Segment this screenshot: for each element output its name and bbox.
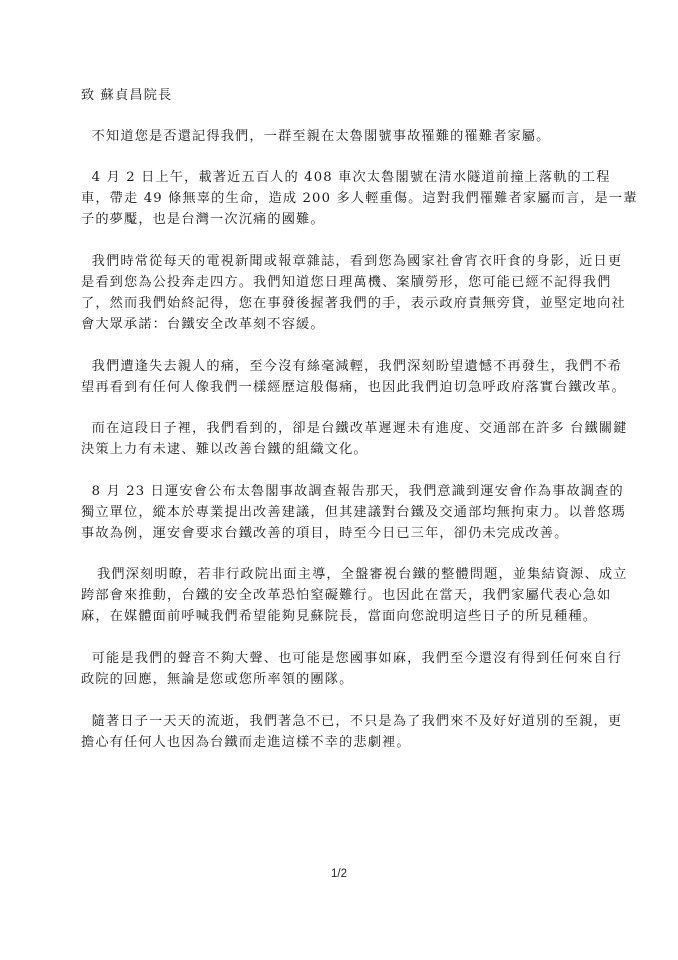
paragraph-2-line-3: 子的夢魘，也是台灣一次沉痛的國難。 [81, 212, 325, 228]
paragraph-4-line-2: 望再看到有任何人像我們一樣經歷這般傷痛，也因此我們迫切急呼政府落實台鐵改革。 [81, 380, 626, 396]
paragraph-5-line-2: 決策上力有未逮、難以改善台鐵的組織文化。 [81, 442, 368, 458]
letter-page: 致 蘇貞昌院長 不知道您是否還記得我們，一群至親在太魯閣號事故罹難的罹難者家屬。… [0, 0, 678, 960]
paragraph-2-line-1: 4 月 2 日上午，載著近五百人的 408 車次太魯閣號在清水隧道前撞上落軌的工… [81, 170, 611, 186]
paragraph-8-line-1: 可能是我們的聲音不夠大聲、也可能是您國事如麻，我們至今還沒有得到任何來自行 [81, 651, 622, 667]
paragraph-1-line-1: 不知道您是否還記得我們，一群至親在太魯閣號事故罹難的罹難者家屬。 [81, 129, 550, 145]
paragraph-5-line-1: 而在這段日子裡，我們看到的，卻是台鐵改革遲遲未有進度、交通部在許多 台鐵關鍵 [81, 421, 628, 437]
salutation: 致 蘇貞昌院長 [81, 88, 172, 104]
paragraph-3-line-4: 會大眾承諾：台鐵安全改革刻不容緩。 [81, 317, 325, 333]
page-number: 1/2 [0, 868, 678, 880]
paragraph-4-line-1: 我們遭逢失去親人的痛，至今沒有絲毫減輕，我們深刻盼望遺憾不再發生，我們不希 [81, 359, 622, 375]
paragraph-9-line-2: 擔心有任何人也因為台鐵而走進這樣不幸的悲劇裡。 [81, 735, 411, 751]
paragraph-8-line-2: 政院的回應，無論是您或您所率領的團隊。 [81, 672, 353, 688]
paragraph-7-line-1: 我們深刻明瞭，若非行政院出面主導，全盤審視台鐵的整體問題，並集結資源、成立 [81, 567, 628, 583]
paragraph-3-line-1: 我們時常從每天的電視新聞或報章雜誌，看到您為國家社會宵衣旰食的身影，近日更 [81, 254, 622, 270]
paragraph-6-line-2: 獨立單位，縱本於專業提出改善建議，但其建議對台鐵及交通部均無拘束力。以普悠瑪 [81, 505, 626, 521]
paragraph-7-line-2: 跨部會來推動，台鐵的安全改革恐怕窒礙難行。也因此在當天，我們家屬代表心急如 [81, 588, 611, 604]
paragraph-3-line-3: 了，然而我們始終記得，您在事發後握著我們的手，表示政府責無旁貸，並堅定地向社 [81, 296, 626, 312]
paragraph-7-line-3: 麻，在媒體面前呼喊我們希望能夠見蘇院長，當面向您說明這些日子的所見種種。 [81, 609, 597, 625]
paragraph-3-line-2: 是看到您為公投奔走四方。我們知道您日理萬機、案牘勞形，您可能已經不記得我們 [81, 275, 611, 291]
paragraph-9-line-1: 隨著日子一天天的流逝，我們著急不已，不只是為了我們來不及好好道別的至親，更 [81, 714, 622, 730]
paragraph-2-line-2: 車，帶走 49 條無辜的生命，造成 200 多人輕重傷。這對我們罹難者家屬而言，… [81, 191, 638, 207]
paragraph-6-line-3: 事故為例，運安會要求台鐵改善的項目，時至今日已三年，卻仍未完成改善。 [81, 526, 568, 542]
paragraph-6-line-1: 8 月 23 日運安會公布太魯閣事故調查報告那天，我們意識到運安會作為事故調查的 [81, 484, 624, 500]
